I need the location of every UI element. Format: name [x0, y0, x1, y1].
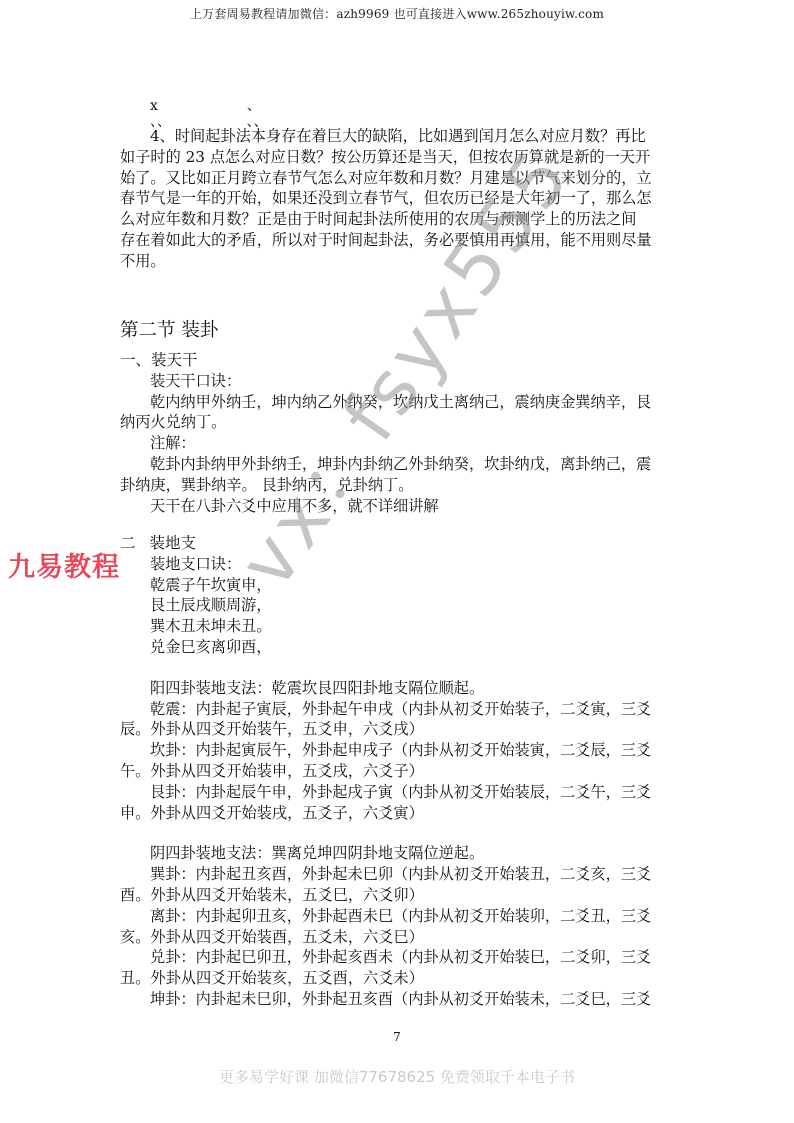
remark: 天干在八卦六爻中应用不多，就不详细讲解 [120, 496, 680, 517]
section-title: 第二节 装卦 [120, 316, 218, 342]
blank-line [120, 658, 680, 678]
verse-line: 巽木丑未坤未丑。 [120, 616, 680, 637]
verse-line: 乾震子午坎寅申， [120, 575, 680, 596]
rule-line: 丑。外卦从四爻开始装亥，五爻酉，六爻未） [120, 968, 680, 989]
rule-line: 酉。外卦从四爻开始装未，五爻巳，六爻卯） [120, 885, 680, 906]
rule-line: 巽卦：内卦起丑亥酉，外卦起未巳卯（内卦从初爻开始装丑，二爻亥，三爻 [120, 864, 680, 885]
brand-logo: 九易教程 [8, 545, 120, 584]
subheading: 二装地支 [120, 533, 680, 554]
page-header: 上万套周易教程请加微信：azh9969 也可直接进入www.265zhouyiw… [0, 5, 794, 22]
paragraph-line: 始了。又比如正月跨立春节气怎么对应年数和月数？月建是以节气来划分的，立 [120, 168, 678, 189]
paragraph-line: 如子时的 23 点怎么对应日数？按公历算还是当天，但按农历算就是新的一天开 [120, 147, 678, 168]
rule-line: 兑卦：内卦起巳卯丑，外卦起亥酉未（内卦从初爻开始装巳，二爻卯，三爻 [120, 947, 680, 968]
note-line: 卦纳庚，巽卦纳辛。 艮卦纳丙，兑卦纳丁。 [120, 475, 680, 496]
rule-line: 申。外卦从四爻开始装戌，五爻子，六爻寅） [120, 803, 680, 824]
note-line: 乾卦内卦纳甲外卦纳壬，坤卦内卦纳乙外卦纳癸，坎卦纳戊，离卦纳己，震 [120, 454, 680, 475]
part2-block: 二装地支 装地支口诀： 乾震子午坎寅申， 艮土辰戌顺周游， 巽木丑未坤未丑。 兑… [120, 533, 680, 1010]
paragraph-line: 么对应年数和月数？正是由于时间起卦法所使用的农历与预测学上的历法之间 [120, 209, 678, 230]
yin-intro: 阴四卦装地支法：巽离兑坤四阴卦地支隔位逆起。 [120, 843, 680, 864]
verse-label: 装地支口诀： [120, 554, 680, 575]
subheading-number: 二 [120, 534, 136, 552]
subheading: 一、装天干 [120, 350, 680, 371]
paragraph-line: 4、时间起卦法本身存在着巨大的缺陷，比如遇到闰月怎么对应月数？再比 [120, 126, 678, 147]
subheading-text: 装地支 [150, 534, 197, 552]
paragraph-line: 春节气是一年的开始，如果还没到立春节气，但农历已经是大年初一了，那么怎 [120, 188, 678, 209]
rule-line: 亥。外卦从四爻开始装酉，五爻未，六爻巳） [120, 927, 680, 948]
paragraph-line: 不用。 [120, 251, 678, 272]
rule-line: 辰。外卦从四爻开始装午，五爻申，六爻戌） [120, 719, 680, 740]
rule-line: 午。外卦从四爻开始装申，五爻戌，六爻子） [120, 761, 680, 782]
verse-line: 纳丙火兑纳丁。 [120, 412, 680, 433]
verse-line: 兑金巳亥离卯酉， [120, 637, 680, 658]
intro-block: x 、 、、 、、 4、时间起卦法本身存在着巨大的缺陷，比如遇到闰月怎么对应月数… [120, 96, 678, 272]
verse-line: 艮土辰戌顺周游， [120, 595, 680, 616]
rule-line: 坎卦：内卦起寅辰午，外卦起申戌子（内卦从初爻开始装寅，二爻辰，三爻 [120, 740, 680, 761]
yang-intro: 阳四卦装地支法：乾震坎艮四阳卦地支隔位顺起。 [120, 678, 680, 699]
page-footer: 更多易学好课 加微信77678625 免费领取千本电子书 [0, 1066, 794, 1087]
part1-block: 一、装天干 装天干口诀： 乾内纳甲外纳壬，坤内纳乙外纳癸，坎纳戊土离纳己，震纳庚… [120, 350, 680, 516]
rule-line: 艮卦：内卦起辰午申，外卦起戌子寅（内卦从初爻开始装辰，二爻午，三爻 [120, 782, 680, 803]
verse-line: 乾内纳甲外纳壬，坤内纳乙外纳癸，坎纳戊土离纳己，震纳庚金巽纳辛，艮 [120, 392, 680, 413]
note-label: 注解： [120, 433, 680, 454]
paragraph-line: 存在着如此大的矛盾，所以对于时间起卦法，务必要慎用再慎用，能不用则尽量 [120, 230, 678, 251]
rule-line: 离卦：内卦起卯丑亥，外卦起酉未巳（内卦从初爻开始装卯，二爻丑，三爻 [120, 906, 680, 927]
page-number: 7 [0, 1030, 794, 1044]
blank-line [120, 823, 680, 843]
rule-line: 坤卦：内卦起未巳卯，外卦起丑亥酉（内卦从初爻开始装未，二爻巳，三爻 [120, 989, 680, 1010]
rule-line: 乾震：内卦起子寅辰，外卦起午申戌（内卦从初爻开始装子，二爻寅，三爻 [120, 699, 680, 720]
verse-label: 装天干口诀： [120, 371, 680, 392]
